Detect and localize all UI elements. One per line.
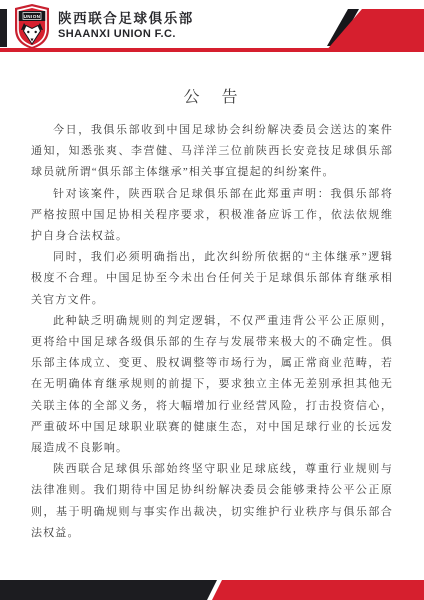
announcement-title: 公 告 [31,84,393,107]
paragraph-5: 陕西联合足球俱乐部始终坚守职业足球底线，尊重行业规则与法律准则。我们期待中国足协… [31,459,393,544]
header: UNION 陕西联合足球俱乐部 SHAANXI UNION F.C. [0,0,424,52]
announcement-page: UNION 陕西联合足球俱乐部 SHAANXI UNION F.C. 公 告 今… [0,0,424,600]
club-name-en: SHAANXI UNION F.C. [58,27,194,41]
paragraph-2: 针对该案件，陕西联合足球俱乐部在此郑重声明：我俱乐部将严格按照中国足协相关程序要… [31,184,393,248]
paragraph-4: 此种缺乏明确规则的判定逻辑，不仅严重违背公平公正原则，更将给中国足球各级俱乐部的… [31,311,393,459]
club-name-block: 陕西联合足球俱乐部 SHAANXI UNION F.C. [58,10,194,41]
paragraph-3: 同时，我们必须明确指出，此次纠纷所依据的“主体继承”逻辑极度不合理。中国足协至今… [31,247,393,311]
header-left-black-tab [0,9,7,47]
footer-bar-red [212,580,424,600]
header-red-rule [0,48,424,52]
crest-union-text: UNION [24,14,41,19]
club-crest-icon: UNION [12,3,52,50]
club-name-zh: 陕西联合足球俱乐部 [58,10,194,27]
header-accent-shapes [300,0,424,52]
footer-bars [0,580,424,600]
announcement-document: 公 告 今日，我俱乐部收到中国足球协会纠纷解决委员会送达的案件通知，知悉张爽、李… [31,84,393,544]
paragraph-1: 今日，我俱乐部收到中国足球协会纠纷解决委员会送达的案件通知，知悉张爽、李营健、马… [31,120,393,184]
footer-bar-black [0,580,217,600]
